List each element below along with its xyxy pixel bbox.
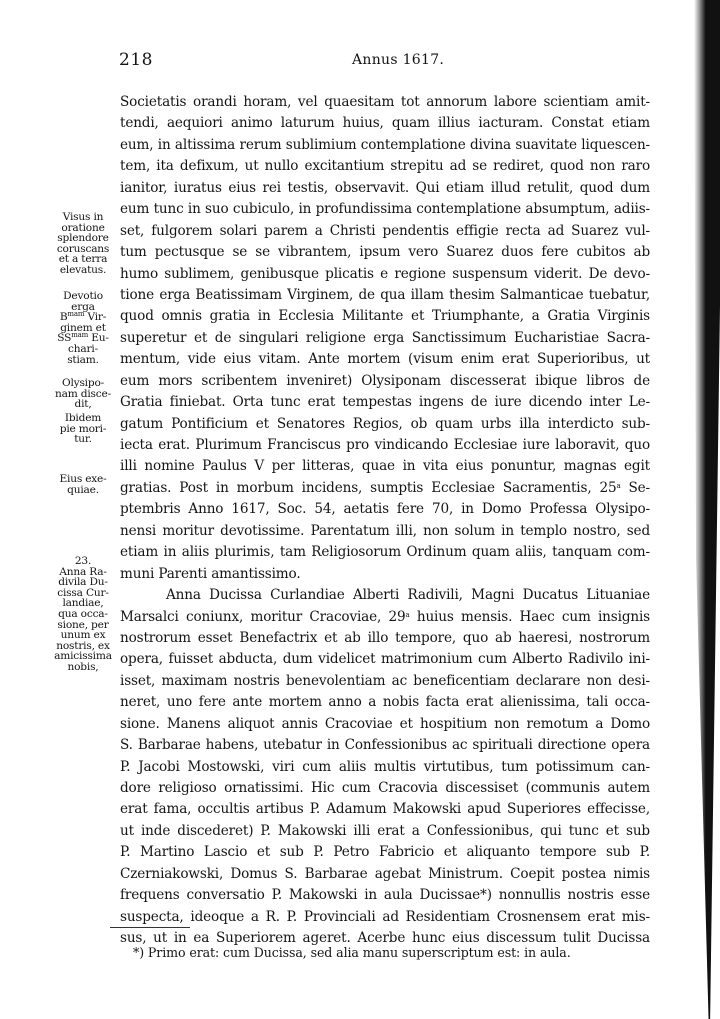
text-line: isset, maximam nostris benevolentiam ac … [120, 671, 650, 692]
text-line: P. Martino Lascio et sub P. Petro Fabric… [120, 842, 650, 863]
text-line: suspecta, ideoque a R. P. Provinciali ad… [120, 907, 650, 928]
text-line: frequens conversatio P. Makowski in aula… [120, 885, 650, 906]
margin-note-line: qua occa- [44, 609, 122, 620]
text-line: opera, fuisset abducta, dum videlicet ma… [120, 649, 650, 670]
text-line: Czerniakowski, Domus S. Barbarae agebat … [120, 864, 650, 885]
margin-note: Visus inorationesplendorecoruscanset a t… [44, 212, 122, 276]
text-line: illi nomine Paulus V per litteras, quae … [120, 456, 650, 477]
text-line: Marsalci coniunx, moritur Cracoviae, 29a… [120, 607, 650, 628]
text-line: neret, uno fere ante mortem anno a nobis… [120, 692, 650, 713]
text-line: tendi, aequiori animo laturum huius, qua… [120, 113, 650, 134]
text-line: nostrorum esset Benefactrix et ab illo t… [120, 628, 650, 649]
text-line: quod omnis gratia in Ecclesia Militante … [120, 306, 650, 327]
text-line: nensi moritur devotissime. Parentatum il… [120, 521, 650, 542]
margin-note-line: Ibidem [44, 413, 122, 424]
text-line: S. Barbarae habens, utebatur in Confessi… [120, 735, 650, 756]
text-line: tione erga Beatissimam Virginem, de qua … [120, 285, 650, 306]
text-line: tum pectusque se se vibrantem, ipsum ver… [120, 242, 650, 263]
text-line: ianitor, iuratus eius rei testis, observ… [120, 178, 650, 199]
margin-note-line: Visus in [44, 212, 122, 223]
page-binding-shadow [694, 0, 720, 1019]
text-line: Anna Ducissa Curlandiae Alberti Radivili… [120, 585, 650, 606]
text-line: eum mors scribentem inveniret) Olysipona… [120, 371, 650, 392]
text-line: superetur et de singulari religione erga… [120, 328, 650, 349]
margin-note: Ibidempie mori-tur. [44, 413, 122, 445]
margin-note: Olysipo-nam disce-dit, [44, 378, 122, 410]
margin-note-line: stiam. [44, 355, 122, 366]
margin-note-line: Devotio [44, 291, 122, 302]
text-line: gratias. Post in morbum incidens, sumpti… [120, 478, 650, 499]
text-line: ut inde discederet) P. Makowski illi era… [120, 821, 650, 842]
body-text: Societatis orandi horam, vel quaesitam t… [120, 92, 650, 950]
text-line: sione. Manens aliquot annis Cracoviae et… [120, 714, 650, 735]
margin-note-line: 23. [44, 556, 122, 567]
text-line: humo sublimem, genibusque plicatis e reg… [120, 264, 650, 285]
margin-note-line: Olysipo- [44, 378, 122, 389]
text-line: muni Parenti amantissimo. [120, 564, 650, 585]
footnote: *) Primo erat: cum Ducissa, sed alia man… [133, 945, 571, 960]
text-line: mentum, vide eius vitam. Ante mortem (vi… [120, 349, 650, 370]
text-line: etiam in aliis plurimis, tam Religiosoru… [120, 542, 650, 563]
text-line: Gratia finiebat. Orta tunc erat tempesta… [120, 392, 650, 413]
margin-note-line: elevatus. [44, 265, 122, 276]
margin-note-line: dit, [44, 399, 122, 410]
margin-note: 23.Anna Ra-divila Du-cissa Cur-landiae,q… [44, 556, 122, 673]
margin-note: Eius exe-quiae. [44, 474, 122, 495]
text-line: ptembris Anno 1617, Soc. 54, aetatis fer… [120, 499, 650, 520]
margin-note-line: tur. [44, 434, 122, 445]
text-line: P. Jacobi Mostowski, viri cum aliis mult… [120, 757, 650, 778]
running-head: Annus 1617. [352, 52, 444, 68]
text-line: Societatis orandi horam, vel quaesitam t… [120, 92, 650, 113]
page-number: 218 [119, 50, 153, 70]
text-line: tem, ita defixum, ut nullo excitantium s… [120, 156, 650, 177]
text-line: dore religioso ornatissimi. Hic cum Crac… [120, 778, 650, 799]
margin-note-line: chari- [44, 344, 122, 355]
text-line: iecta erat. Plurimum Franciscus pro vind… [120, 435, 650, 456]
margin-note-line: nobis, [44, 662, 122, 673]
text-line: gatum Pontificium et Senatores Regios, o… [120, 414, 650, 435]
text-line: eum tunc in suo cubiculo, in profundissi… [120, 199, 650, 220]
margin-note: DevotioergaBmam Vir-ginem etSSmam Eu-cha… [44, 291, 122, 365]
text-line: eum, in altissima rerum sublimium contem… [120, 135, 650, 156]
text-line: set, fulgorem solari parem a Christi pen… [120, 221, 650, 242]
margin-note-line: quiae. [44, 485, 122, 496]
footnote-rule [110, 927, 190, 928]
text-line: erat fama, occultis artibus P. Adamum Ma… [120, 799, 650, 820]
margin-note-line: Eius exe- [44, 474, 122, 485]
